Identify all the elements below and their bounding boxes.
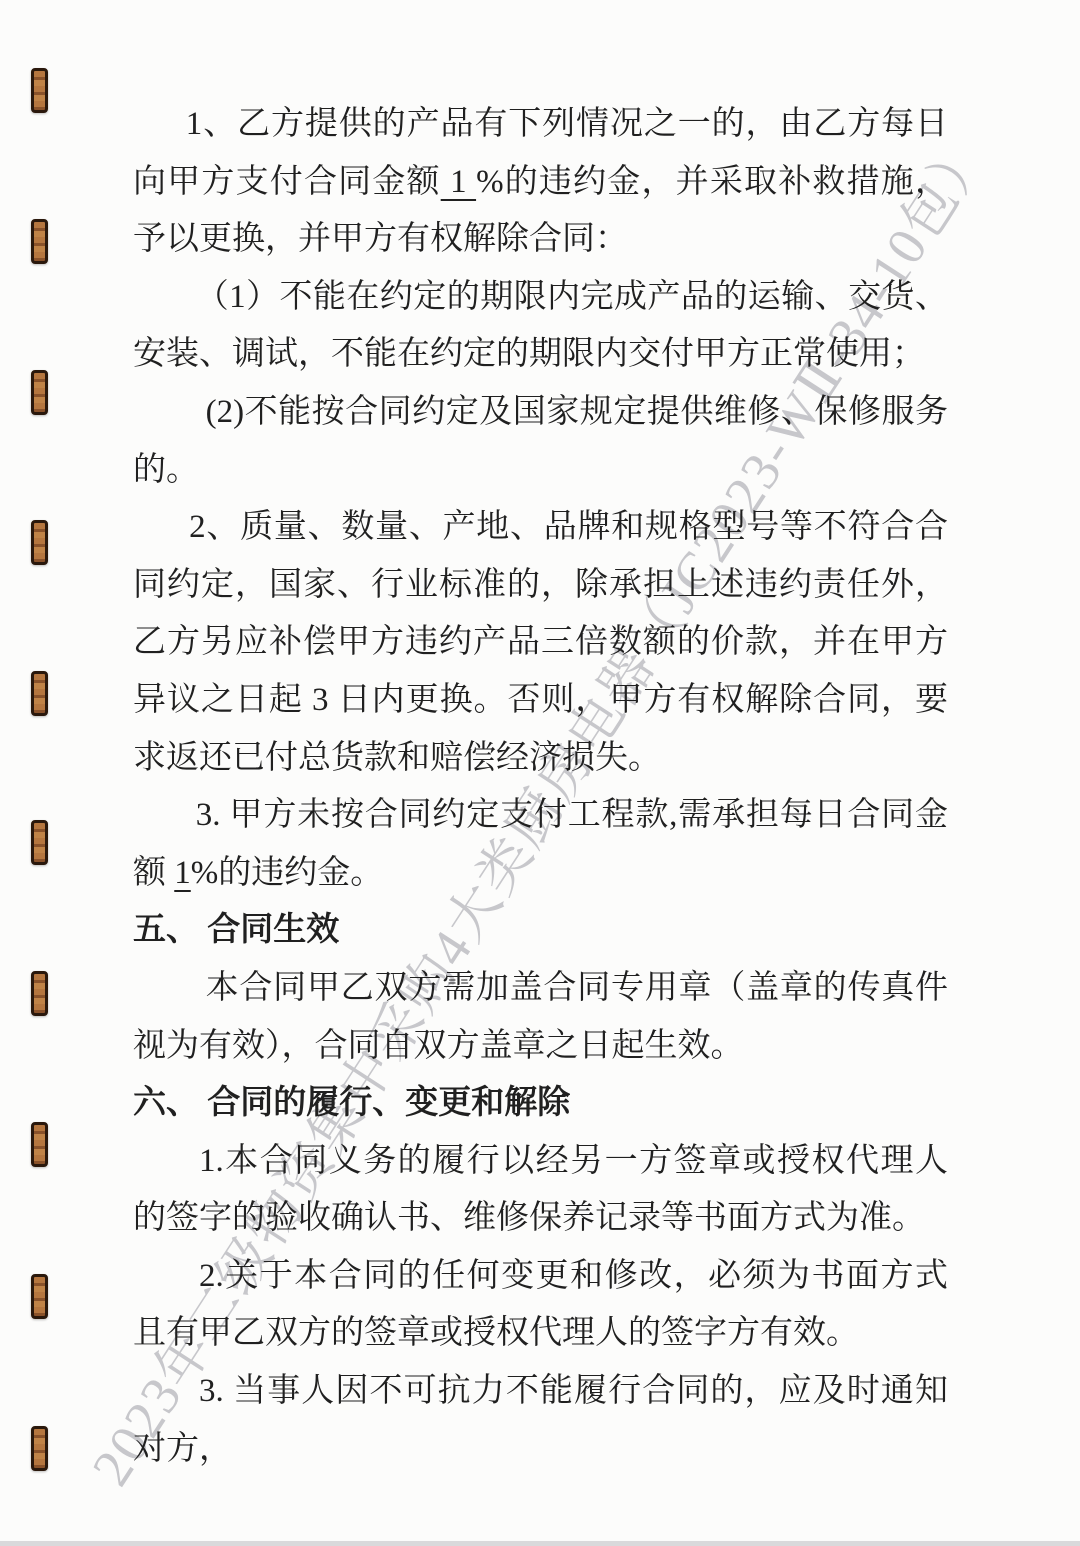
- text-run: 六、 合同的履行、变更和解除: [133, 1085, 570, 1121]
- section-5-heading: 五、 合同生效: [133, 902, 948, 960]
- section-6-heading: 六、 合同的履行、变更和解除: [133, 1075, 948, 1133]
- text-run: 3. 当事人因不可抗力不能履行合同的，应及时通知对方，: [133, 1373, 948, 1467]
- scanned-contract-page: 2023年二级物资集中采购4大类厨房电器（JC2023-WⅡ-34-10包） 1…: [0, 0, 1080, 1546]
- clause-2: 2、质量、数量、产地、品牌和规格型号等不符合合同约定，国家、行业标准的，除承担上…: [133, 499, 948, 787]
- text-run: 1.本合同义务的履行以经另一方签章或授权代理人的签字的验收确认书、维修保养记录等…: [133, 1143, 948, 1237]
- text-run: （1）不能在约定的期限内完成产品的运输、交货、安装、调试，不能在约定的期限内交付…: [133, 279, 948, 373]
- clause-6-1: 1.本合同义务的履行以经另一方签章或授权代理人的签字的验收确认书、维修保养记录等…: [133, 1133, 948, 1248]
- clause-6-3: 3. 当事人因不可抗力不能履行合同的，应及时通知对方，: [133, 1363, 948, 1478]
- binding-hole: [31, 219, 48, 264]
- binding-hole: [31, 1426, 48, 1471]
- clause-1: 1、乙方提供的产品有下列情况之一的，由乙方每日向甲方支付合同金额 1 %的违约金…: [133, 96, 948, 269]
- section-5-body: 本合同甲乙双方需加盖合同专用章（盖章的传真件视为有效），合同自双方盖章之日起生效…: [133, 960, 948, 1075]
- binding-hole: [31, 1274, 48, 1319]
- document-body: 1、乙方提供的产品有下列情况之一的，由乙方每日向甲方支付合同金额 1 %的违约金…: [133, 96, 948, 1478]
- binding-hole: [31, 520, 48, 565]
- text-run: 2.关于本合同的任何变更和修改，必须为书面方式且有甲乙双方的签章或授权代理人的签…: [133, 1258, 948, 1352]
- clause-6-2: 2.关于本合同的任何变更和修改，必须为书面方式且有甲乙双方的签章或授权代理人的签…: [133, 1248, 948, 1363]
- text-run: 本合同甲乙双方需加盖合同专用章（盖章的传真件视为有效），合同自双方盖章之日起生效…: [133, 970, 948, 1064]
- underlined-value: 1: [174, 855, 191, 891]
- text-run: 五、 合同生效: [133, 912, 339, 948]
- clause-1-2: (2)不能按合同约定及国家规定提供维修、保修服务的。: [133, 384, 948, 499]
- text-run: 2、质量、数量、产地、品牌和规格型号等不符合合同约定，国家、行业标准的，除承担上…: [133, 509, 948, 775]
- text-run: %的违约金。: [191, 855, 384, 891]
- binding-hole: [31, 671, 48, 716]
- binding-hole: [31, 1122, 48, 1167]
- binding-hole: [31, 971, 48, 1016]
- underlined-value: 1: [441, 164, 476, 200]
- binding-hole: [31, 68, 48, 113]
- clause-1-1: （1）不能在约定的期限内完成产品的运输、交货、安装、调试，不能在约定的期限内交付…: [133, 269, 948, 384]
- binding-hole: [31, 370, 48, 415]
- binding-holes: [0, 0, 70, 1546]
- text-run: (2)不能按合同约定及国家规定提供维修、保修服务的。: [133, 394, 948, 488]
- clause-3: 3. 甲方未按合同约定支付工程款,需承担每日合同金额 1%的违约金。: [133, 787, 948, 902]
- scan-edge-line: [0, 1541, 1080, 1546]
- binding-hole: [31, 820, 48, 865]
